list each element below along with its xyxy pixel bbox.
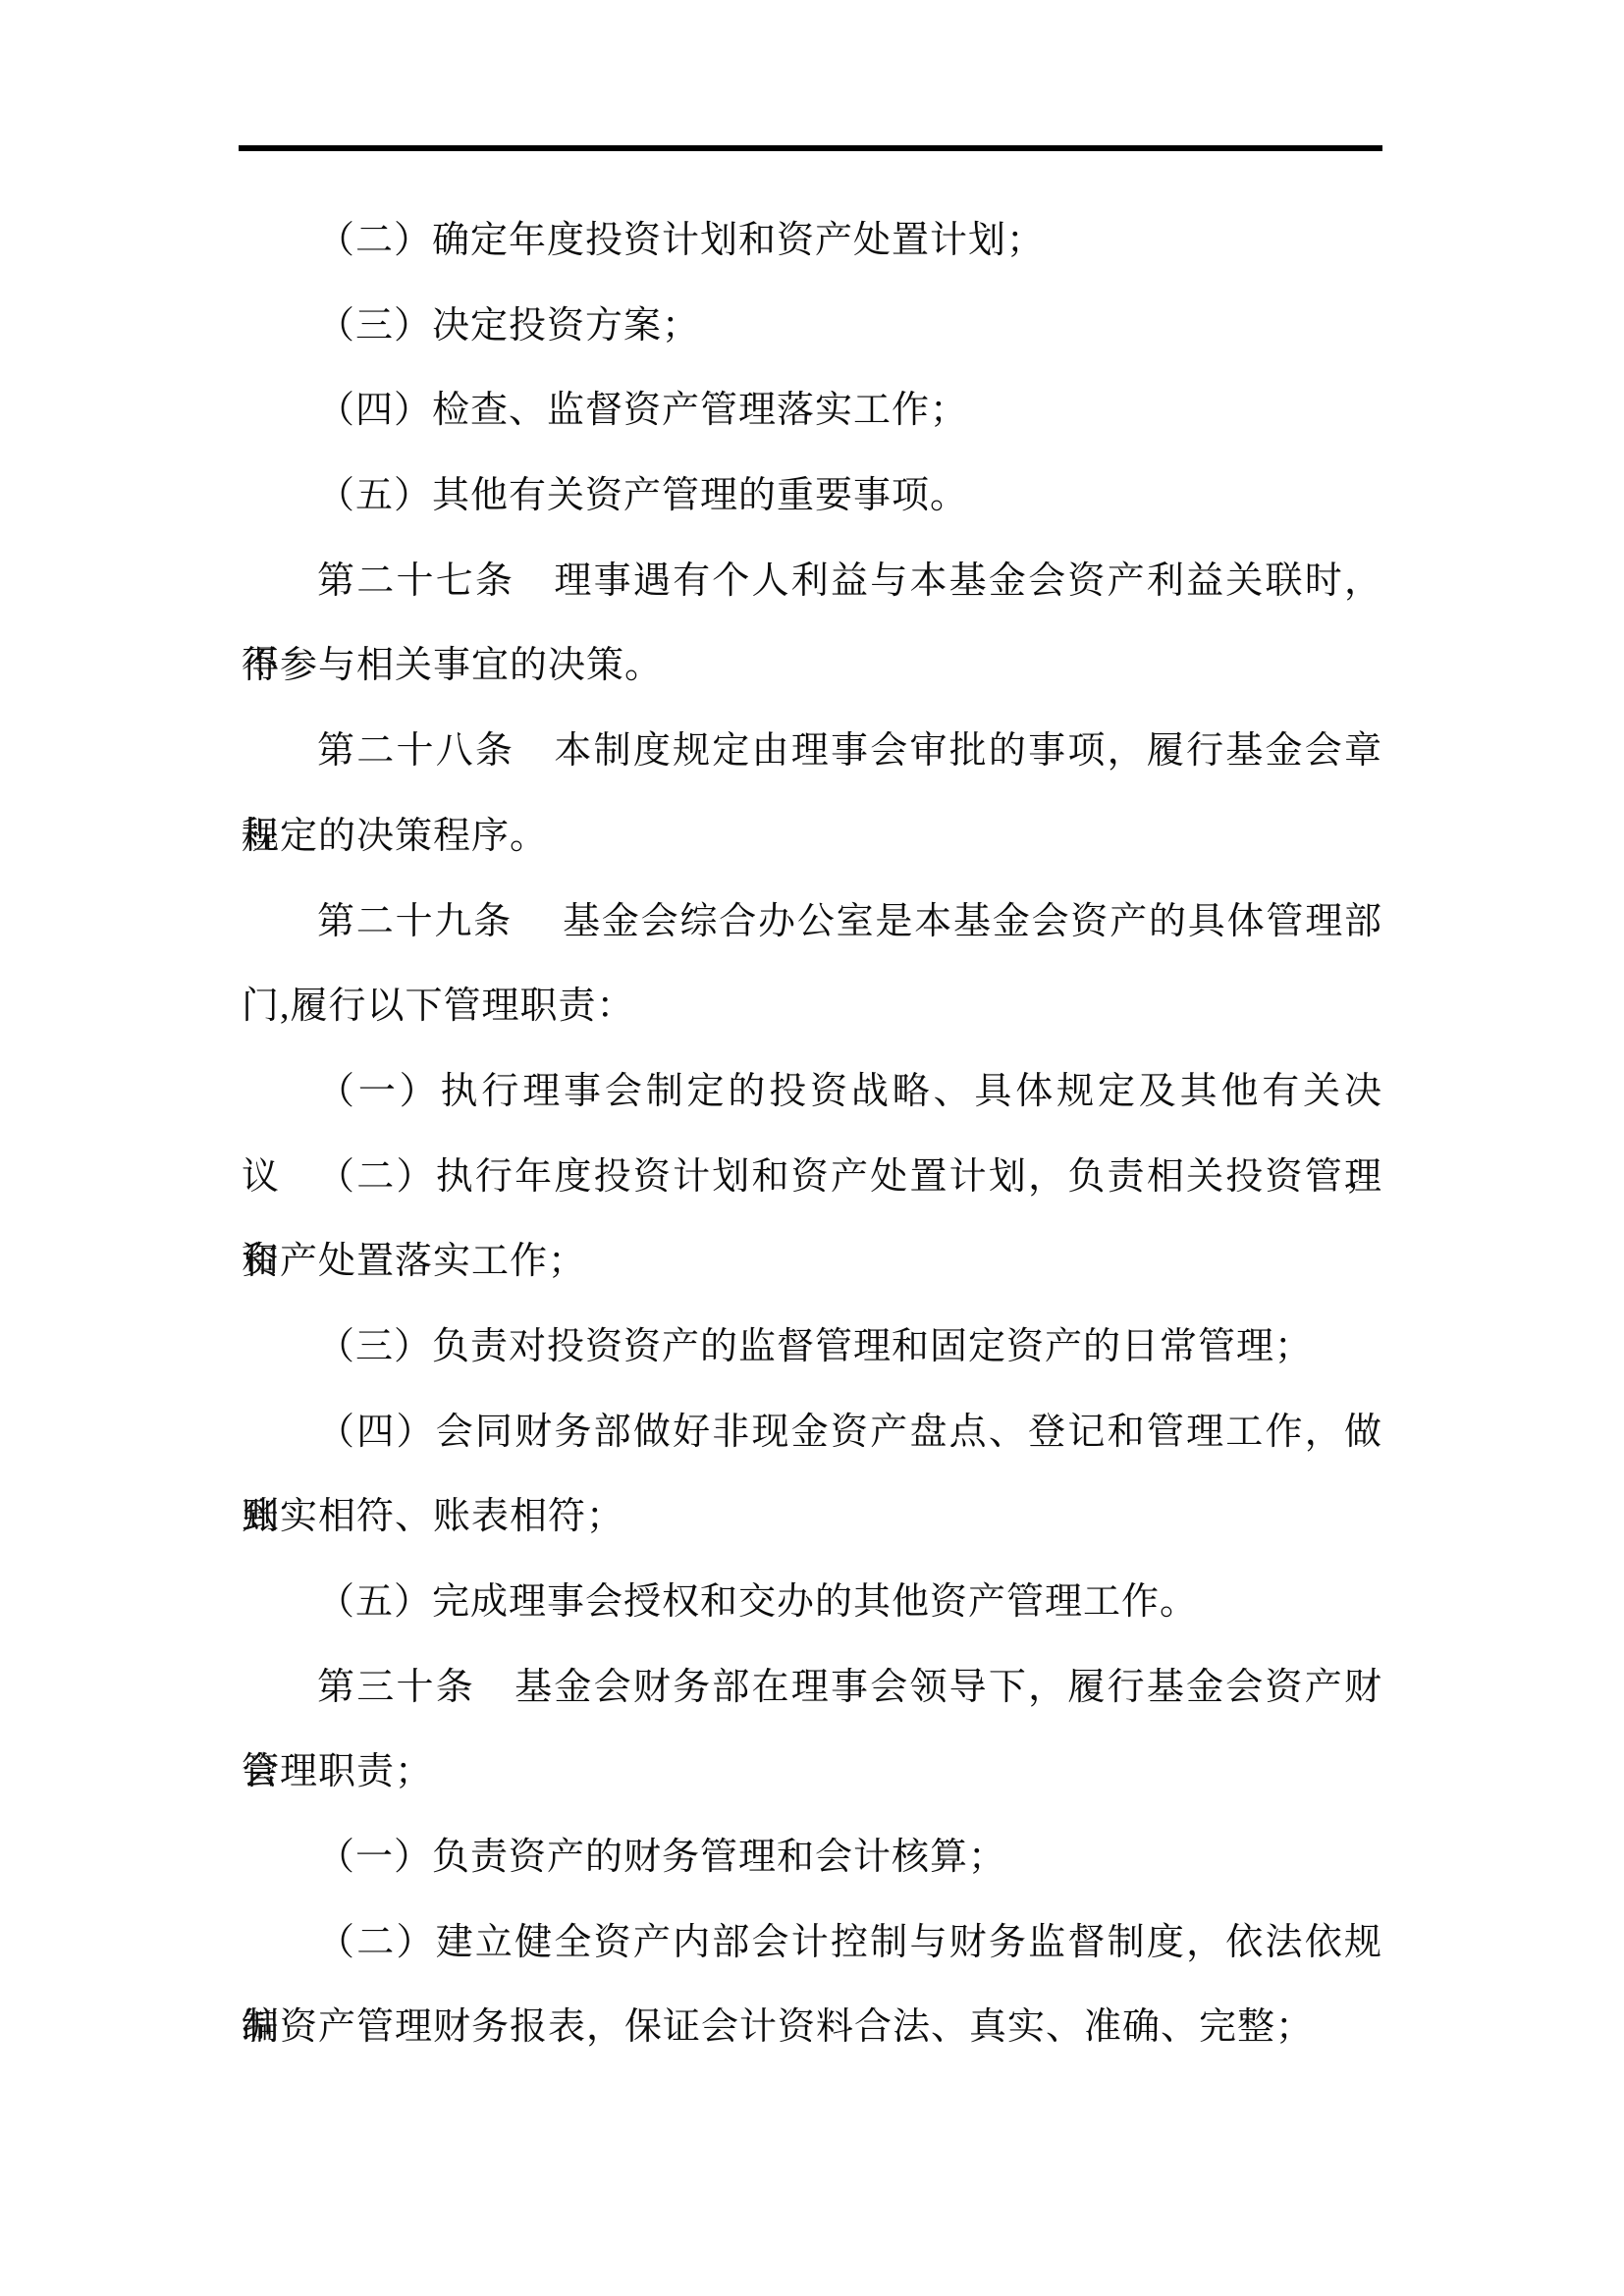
text-line: 资产处置落实工作； bbox=[242, 1219, 1382, 1305]
text-line: （三）负责对投资资产的监督管理和固定资产的日常管理； bbox=[242, 1305, 1382, 1390]
text-line: （二）执行年度投资计划和资产处置计划，负责相关投资管理和 bbox=[242, 1135, 1382, 1220]
text-line: 第二十九条 基金会综合办公室是本基金会资产的具体管理部 bbox=[242, 880, 1382, 965]
document-body: （二）确定年度投资计划和资产处置计划；（三）决定投资方案；（四）检查、监督资产管… bbox=[242, 198, 1382, 2070]
text-line: （四）检查、监督资产管理落实工作； bbox=[242, 368, 1382, 454]
text-line: 规定的决策程序。 bbox=[242, 794, 1382, 880]
text-line: 门,履行以下管理职责： bbox=[242, 964, 1382, 1049]
text-line: （一）执行理事会制定的投资战略、具体规定及其他有关决议； bbox=[242, 1049, 1382, 1135]
text-line: （二）建立健全资产内部会计控制与财务监督制度，依法依规编 bbox=[242, 1900, 1382, 1986]
text-line: （五）完成理事会授权和交办的其他资产管理工作。 bbox=[242, 1560, 1382, 1645]
text-line: 第二十八条 本制度规定由理事会审批的事项，履行基金会章程 bbox=[242, 709, 1382, 794]
text-line: 第二十七条 理事遇有个人利益与本基金会资产利益关联时，不 bbox=[242, 539, 1382, 624]
document-page: （二）确定年度投资计划和资产处置计划；（三）决定投资方案；（四）检查、监督资产管… bbox=[0, 0, 1624, 2296]
text-line: 账实相符、账表相符； bbox=[242, 1474, 1382, 1560]
text-line: 管理职责； bbox=[242, 1730, 1382, 1815]
text-line: 制资产管理财务报表，保证会计资料合法、真实、准确、完整； bbox=[242, 1985, 1382, 2070]
text-line: （二）确定年度投资计划和资产处置计划； bbox=[242, 198, 1382, 284]
header-rule bbox=[239, 145, 1382, 151]
text-line: （三）决定投资方案； bbox=[242, 284, 1382, 369]
text-line: （五）其他有关资产管理的重要事项。 bbox=[242, 454, 1382, 539]
text-line: 得参与相关事宜的决策。 bbox=[242, 623, 1382, 709]
text-line: （四）会同财务部做好非现金资产盘点、登记和管理工作，做到 bbox=[242, 1390, 1382, 1475]
text-line: （一）负责资产的财务管理和会计核算； bbox=[242, 1815, 1382, 1900]
text-line: 第三十条 基金会财务部在理事会领导下，履行基金会资产财会 bbox=[242, 1645, 1382, 1731]
